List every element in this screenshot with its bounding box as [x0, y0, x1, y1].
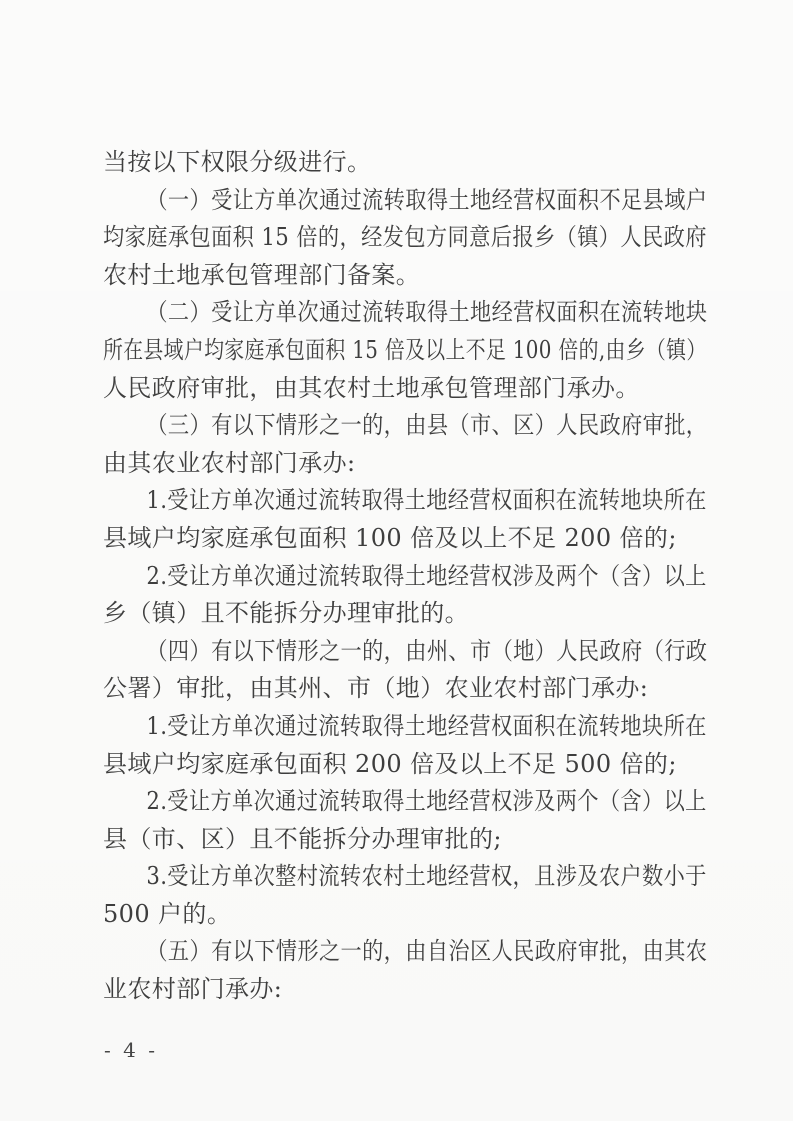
text-line: 由其农业农村部门承办: [103, 445, 707, 483]
text-line: 县域户均家庭承包面积 200 倍及以上不足 500 倍的; [103, 746, 707, 784]
page-number: - 4 - [104, 1036, 158, 1064]
text-line: 人民政府审批，由其农村土地承包管理部门承办。 [103, 370, 707, 408]
text-line: 所在县域户均家庭承包面积 15 倍及以上不足 100 倍的,由乡（镇） [103, 332, 603, 370]
text-line: 2.受让方单次通过流转取得土地经营权涉及两个（含）以上 [103, 558, 637, 596]
text-line: （一）受让方单次通过流转取得土地经营权面积不足县域户 [103, 182, 637, 220]
document-body-text: 当按以下权限分级进行。 （一）受让方单次通过流转取得土地经营权面积不足县域户 均… [103, 144, 707, 1009]
text-line: （五）有以下情形之一的，由自治区人民政府审批，由其农 [103, 933, 637, 971]
text-line: 当按以下权限分级进行。 [103, 144, 707, 182]
text-line: 500 户的。 [103, 896, 707, 934]
text-line: 乡（镇）且不能拆分办理审批的。 [103, 595, 707, 633]
text-line: （三）有以下情形之一的，由县（市、区）人民政府审批， [103, 407, 637, 445]
document-page: 当按以下权限分级进行。 （一）受让方单次通过流转取得土地经营权面积不足县域户 均… [0, 0, 793, 1121]
text-line: （二）受让方单次通过流转取得土地经营权面积在流转地块 [103, 294, 637, 332]
text-line: 农村土地承包管理部门备案。 [103, 257, 707, 295]
text-line: 3.受让方单次整村流转农村土地经营权，且涉及农户数小于 [103, 858, 637, 896]
text-line: 2.受让方单次通过流转取得土地经营权涉及两个（含）以上 [103, 783, 637, 821]
text-line: 1.受让方单次通过流转取得土地经营权面积在流转地块所在 [103, 708, 637, 746]
text-line: 业农村部门承办: [103, 971, 707, 1009]
text-line: 公署）审批，由其州、市（地）农业农村部门承办: [103, 670, 707, 708]
text-line: 1.受让方单次通过流转取得土地经营权面积在流转地块所在 [103, 482, 637, 520]
text-line: 县（市、区）且不能拆分办理审批的; [103, 821, 707, 859]
text-line: 县域户均家庭承包面积 100 倍及以上不足 200 倍的; [103, 520, 707, 558]
text-line: （四）有以下情形之一的，由州、市（地）人民政府（行政 [103, 633, 637, 671]
text-line: 均家庭承包面积 15 倍的，经发包方同意后报乡（镇）人民政府 [103, 219, 638, 257]
